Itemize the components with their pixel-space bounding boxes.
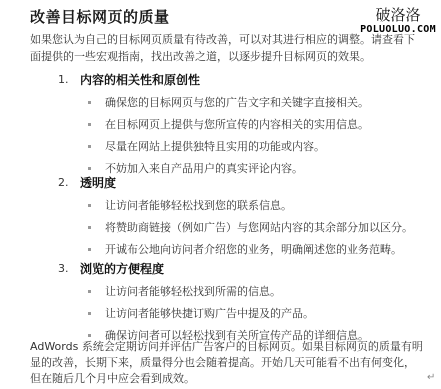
section-transparency: 2. 透明度 让访问者能够轻松找到您的联系信息。 将赞助商链接（例如广告）与您网… (58, 173, 413, 260)
paragraph-mark-icon: ↵ (427, 372, 435, 383)
section-number: 1. (58, 73, 80, 86)
bullet-icon (88, 167, 91, 170)
list-item: 将赞助商链接（例如广告）与您网站内容的其余部分加以区分。 (58, 216, 413, 238)
footer-paragraph: AdWords 系统会定期访问并评估广告客户的目标网页。如果目标网页的质量有明显… (30, 339, 425, 387)
page-title: 改善目标网页的质量 (30, 6, 170, 27)
section-title: 内容的相关性和原创性 (80, 71, 200, 88)
list-item: 让访问者能够轻松找到您的联系信息。 (58, 194, 413, 216)
watermark-cn: 破洛洛 (355, 6, 441, 24)
bullet-icon (88, 248, 91, 251)
section-number: 2. (58, 176, 80, 189)
list-item: 尽量在网站上提供独特且实用的功能或内容。 (58, 135, 369, 157)
list-item: 开诚布公地向访问者介绍您的业务，明确阐述您的业务范畴。 (58, 238, 413, 260)
list-item: 让访问者能够轻松找到所需的信息。 (58, 280, 369, 302)
bullet-icon (88, 290, 91, 293)
bullet-icon (88, 101, 91, 104)
bullet-icon (88, 226, 91, 229)
section-title: 浏览的方便程度 (80, 260, 164, 277)
section-relevance: 1. 内容的相关性和原创性 确保您的目标网页与您的广告文字和关键字直接相关。 在… (58, 70, 369, 179)
section-title: 透明度 (80, 174, 116, 191)
section-navigation: 3. 浏览的方便程度 让访问者能够轻松找到所需的信息。 让访问者能够快捷订购广告… (58, 259, 369, 346)
bullet-icon (88, 204, 91, 207)
section-number: 3. (58, 262, 80, 275)
bullet-icon (88, 334, 91, 337)
list-item: 在目标网页上提供与您所宣传的内容相关的实用信息。 (58, 113, 369, 135)
list-item: 确保您的目标网页与您的广告文字和关键字直接相关。 (58, 91, 369, 113)
list-item: 让访问者能够快捷订购广告中提及的产品。 (58, 302, 369, 324)
intro-paragraph: 如果您认为自己的目标网页质量有待改善，可以对其进行相应的调整。请查看下面提供的一… (30, 31, 425, 65)
bullet-icon (88, 312, 91, 315)
bullet-icon (88, 145, 91, 148)
bullet-icon (88, 123, 91, 126)
